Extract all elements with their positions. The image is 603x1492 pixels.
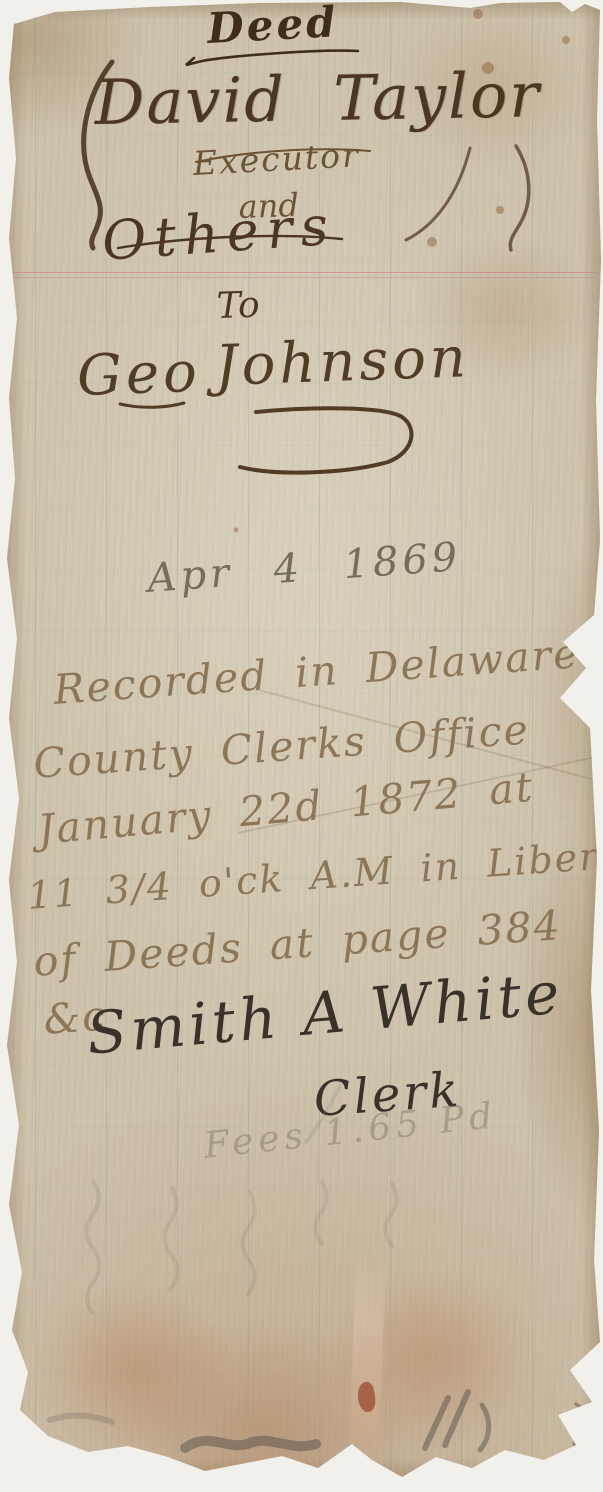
- doc-type-title: Deed: [206, 0, 340, 53]
- grantee-first-name: Geo: [76, 340, 202, 409]
- grantee-last-name: Johnson: [214, 325, 471, 399]
- grantor-name: David Taylor: [94, 58, 541, 139]
- paper-sheet: Deed David Taylor Executor and Others To…: [0, 0, 603, 1492]
- scan-background: Deed David Taylor Executor and Others To…: [0, 0, 603, 1492]
- red-header-line: [8, 272, 597, 278]
- to-label: To: [216, 285, 260, 327]
